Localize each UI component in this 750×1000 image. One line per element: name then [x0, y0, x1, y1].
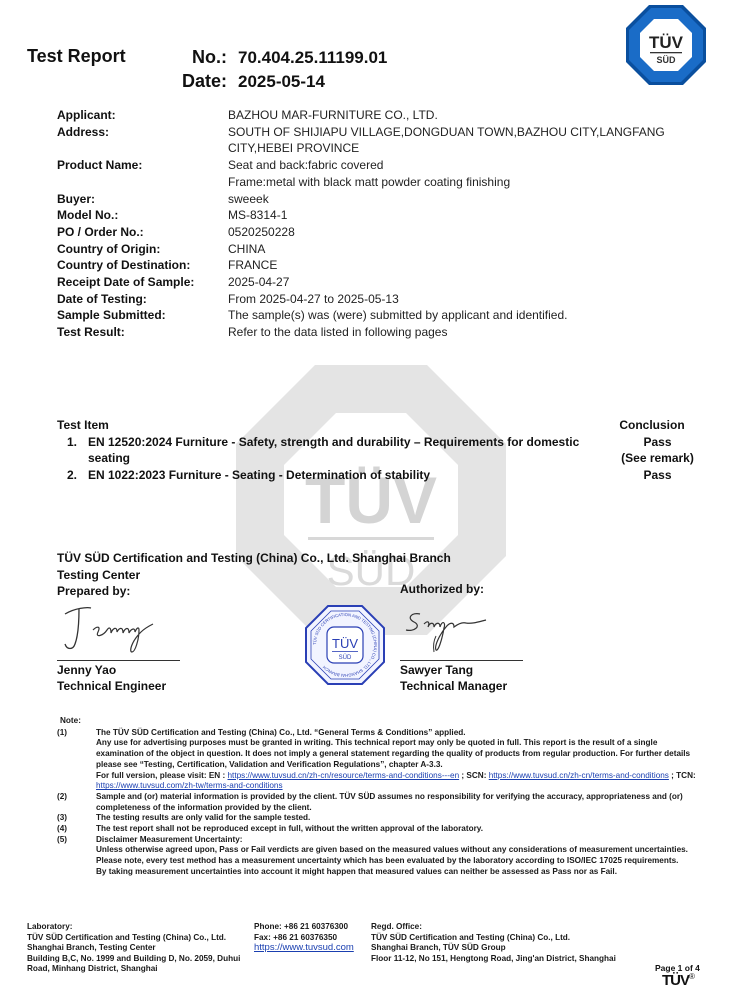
- note-item: (5) Disclaimer Measurement Uncertainty: …: [57, 835, 697, 878]
- tuv-sud-logo: TÜV SÜD: [626, 5, 706, 85]
- test-items-header: Test Item Conclusion: [57, 417, 697, 434]
- footer-office: Regd. Office: TÜV SÜD Certification and …: [371, 922, 616, 964]
- info-row-receipt-date: Receipt Date of Sample: 2025-04-27: [57, 274, 697, 291]
- note-line: The TÜV SÜD Certification and Testing (C…: [96, 728, 697, 739]
- info-row-test-result: Test Result: Refer to the data listed in…: [57, 324, 697, 341]
- svg-text:TÜV: TÜV: [332, 636, 358, 651]
- test-item-number: 2.: [57, 467, 88, 484]
- info-label: Date of Testing:: [57, 291, 228, 308]
- testing-company: TÜV SÜD Certification and Testing (China…: [57, 550, 451, 600]
- scn-label: ; SCN:: [459, 771, 489, 780]
- note-line: Any use for advertising purposes must be…: [96, 738, 697, 770]
- website-link[interactable]: https://www.tuvsud.com: [254, 942, 354, 953]
- conclusion-remark: (See remark): [618, 450, 697, 467]
- authorized-signature-block: Sawyer Tang Technical Manager: [400, 600, 523, 694]
- report-number-value: 70.404.25.11199.01: [238, 48, 387, 68]
- note-line: Unless otherwise agreed upon, Pass or Fa…: [96, 845, 697, 856]
- svg-text:TÜV: TÜV: [649, 33, 684, 52]
- report-info-table: Applicant: BAZHOU MAR-FURNITURE CO., LTD…: [57, 107, 697, 341]
- info-value: 0520250228: [228, 224, 697, 241]
- note-item: (2) Sample and (or) material information…: [57, 792, 697, 813]
- conclusion-value: Pass: [618, 434, 697, 451]
- company-seal-stamp: TÜV SÜD CERTIFICATION AND TESTING (CHINA…: [305, 605, 385, 685]
- report-title: Test Report: [27, 46, 126, 67]
- tcn-label: ; TCN:: [669, 771, 696, 780]
- note-line: Please note, every test method has a mea…: [96, 856, 697, 867]
- notes-label: Note:: [60, 716, 697, 727]
- note-item: (1) The TÜV SÜD Certification and Testin…: [57, 728, 697, 792]
- info-value: SOUTH OF SHIJIAPU VILLAGE,DONGDUAN TOWN,…: [228, 124, 697, 157]
- info-value: FRANCE: [228, 257, 697, 274]
- registered-mark: ®: [689, 972, 695, 981]
- terms-link-tcn[interactable]: https://www.tuvsud.com/zh-tw/terms-and-c…: [96, 781, 283, 790]
- note-text: The TÜV SÜD Certification and Testing (C…: [96, 728, 697, 792]
- company-name: TÜV SÜD Certification and Testing (China…: [57, 550, 451, 567]
- info-label: PO / Order No.:: [57, 224, 228, 241]
- test-item-row: 1. EN 12520:2024 Furniture - Safety, str…: [57, 434, 697, 467]
- signature-line: [400, 660, 523, 661]
- note-line: By taking measurement uncertainties into…: [96, 867, 697, 878]
- test-item-conclusion: Pass (See remark): [618, 434, 697, 467]
- info-label: Sample Submitted:: [57, 307, 228, 324]
- info-value: Refer to the data listed in following pa…: [228, 324, 697, 341]
- info-label: Country of Destination:: [57, 257, 228, 274]
- info-row-applicant: Applicant: BAZHOU MAR-FURNITURE CO., LTD…: [57, 107, 697, 124]
- info-label: Product Name:: [57, 157, 228, 190]
- info-value: The sample(s) was (were) submitted by ap…: [228, 307, 697, 324]
- info-row-buyer: Buyer: sweeek: [57, 191, 697, 208]
- prepared-title: Technical Engineer: [57, 679, 180, 695]
- tuv-mark-text: TÜV: [662, 972, 689, 989]
- laboratory-line: Shanghai Branch, Testing Center: [27, 943, 240, 954]
- note-text: Disclaimer Measurement Uncertainty: Unle…: [96, 835, 697, 878]
- office-line: Shanghai Branch, TÜV SÜD Group: [371, 943, 616, 954]
- info-value-line: Frame:metal with black matt powder coati…: [228, 174, 697, 191]
- prepared-by-label: Prepared by:: [57, 583, 451, 600]
- note-text: The testing results are only valid for t…: [96, 813, 697, 824]
- info-row-model: Model No.: MS-8314-1: [57, 207, 697, 224]
- info-value: 2025-04-27: [228, 274, 697, 291]
- test-item-text: EN 1022:2023 Furniture - Seating - Deter…: [88, 467, 618, 484]
- notes-section: Note: (1) The TÜV SÜD Certification and …: [57, 716, 697, 878]
- terms-link-en[interactable]: https://www.tuvsud.cn/zh-cn/resource/ter…: [228, 771, 460, 780]
- info-value: From 2025-04-27 to 2025-05-13: [228, 291, 697, 308]
- report-number-label: No.:: [137, 47, 227, 68]
- info-row-sample-submitted: Sample Submitted: The sample(s) was (wer…: [57, 307, 697, 324]
- info-value: CHINA: [228, 241, 697, 258]
- test-item-row: 2. EN 1022:2023 Furniture - Seating - De…: [57, 467, 697, 484]
- test-items-table: Test Item Conclusion 1. EN 12520:2024 Fu…: [57, 417, 697, 484]
- company-unit: Testing Center: [57, 567, 451, 584]
- sawyer-signature: [400, 600, 523, 655]
- note-links: For full version, please visit: EN : htt…: [96, 771, 697, 792]
- info-value: Seat and back:fabric covered Frame:metal…: [228, 157, 697, 190]
- test-item-header: Test Item: [57, 417, 109, 434]
- office-line: Floor 11-12, No 151, Hengtong Road, Jing…: [371, 954, 616, 965]
- conclusion-header: Conclusion: [607, 417, 697, 434]
- info-value: BAZHOU MAR-FURNITURE CO., LTD.: [228, 107, 697, 124]
- phone: Phone: +86 21 60376300: [254, 922, 354, 933]
- test-item-conclusion: Pass: [618, 467, 697, 484]
- signature-line: [57, 660, 180, 661]
- info-label: Applicant:: [57, 107, 228, 124]
- note-text: Sample and (or) material information is …: [96, 792, 697, 813]
- info-label: Receipt Date of Sample:: [57, 274, 228, 291]
- info-label: Country of Origin:: [57, 241, 228, 258]
- office-line: TÜV SÜD Certification and Testing (China…: [371, 933, 616, 944]
- report-date-value: 2025-05-14: [238, 72, 325, 92]
- note-number: (4): [57, 824, 96, 835]
- info-label: Buyer:: [57, 191, 228, 208]
- info-label: Test Result:: [57, 324, 228, 341]
- note-number: (5): [57, 835, 96, 878]
- note-heading: Disclaimer Measurement Uncertainty:: [96, 835, 697, 846]
- report-date-label: Date:: [137, 71, 227, 92]
- laboratory-line: Road, Minhang District, Shanghai: [27, 964, 240, 975]
- prepared-signature-block: Jenny Yao Technical Engineer: [57, 600, 180, 694]
- svg-text:SÜD: SÜD: [656, 55, 676, 65]
- info-row-testing-date: Date of Testing: From 2025-04-27 to 2025…: [57, 291, 697, 308]
- laboratory-line: Building B,C, No. 1999 and Building D, N…: [27, 954, 240, 965]
- conclusion-value: Pass: [618, 467, 697, 484]
- tuv-trademark: TÜV®: [662, 972, 695, 989]
- info-value: sweeek: [228, 191, 697, 208]
- info-value: MS-8314-1: [228, 207, 697, 224]
- info-row-destination: Country of Destination: FRANCE: [57, 257, 697, 274]
- laboratory-line: TÜV SÜD Certification and Testing (China…: [27, 933, 240, 944]
- note-text: The test report shall not be reproduced …: [96, 824, 697, 835]
- office-label: Regd. Office:: [371, 922, 616, 933]
- info-row-address: Address: SOUTH OF SHIJIAPU VILLAGE,DONGD…: [57, 124, 697, 157]
- footer-contact: Phone: +86 21 60376300 Fax: +86 21 60376…: [254, 922, 354, 954]
- test-item-text: EN 12520:2024 Furniture - Safety, streng…: [88, 434, 618, 467]
- note-item: (4) The test report shall not be reprodu…: [57, 824, 697, 835]
- note-item: (3) The testing results are only valid f…: [57, 813, 697, 824]
- note-number: (2): [57, 792, 96, 813]
- laboratory-label: Laboratory:: [27, 922, 240, 933]
- info-label: Model No.:: [57, 207, 228, 224]
- info-value-line: Seat and back:fabric covered: [228, 157, 697, 174]
- authorized-title: Technical Manager: [400, 679, 523, 695]
- info-row-po: PO / Order No.: 0520250228: [57, 224, 697, 241]
- test-item-number: 1.: [57, 434, 88, 467]
- terms-link-scn[interactable]: https://www.tuvsud.cn/zh-cn/terms-and-co…: [489, 771, 669, 780]
- authorized-by-label: Authorized by:: [400, 582, 484, 596]
- jenny-signature: [57, 600, 180, 655]
- info-label: Address:: [57, 124, 228, 157]
- svg-text:SÜD: SÜD: [339, 654, 352, 661]
- authorized-name: Sawyer Tang: [400, 663, 523, 679]
- prepared-name: Jenny Yao: [57, 663, 180, 679]
- info-row-origin: Country of Origin: CHINA: [57, 241, 697, 258]
- links-prefix: For full version, please visit: EN :: [96, 771, 228, 780]
- note-number: (1): [57, 728, 96, 792]
- note-number: (3): [57, 813, 96, 824]
- info-row-product-name: Product Name: Seat and back:fabric cover…: [57, 157, 697, 190]
- footer-laboratory: Laboratory: TÜV SÜD Certification and Te…: [27, 922, 240, 975]
